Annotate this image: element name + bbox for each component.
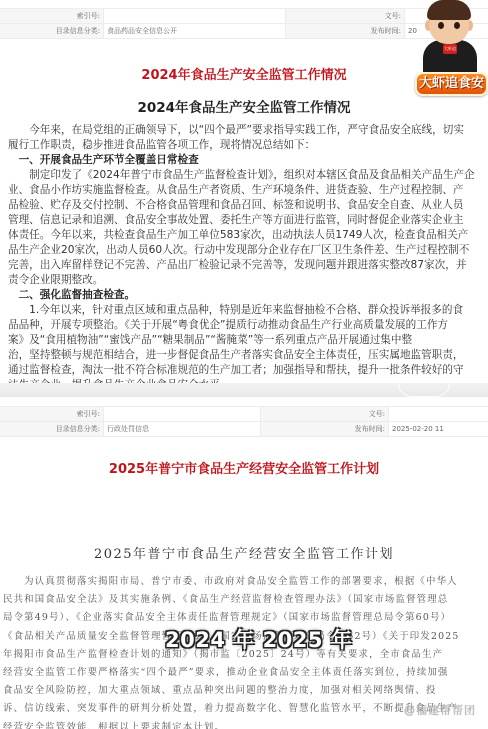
- index-label: 索引号:: [0, 9, 104, 23]
- mascot-banner: 大虾追食安: [415, 72, 488, 96]
- paragraph-line: 经营安全监管工作要严格落实“四个最严”要求，推动企业食品安全主体责任落实到位，持…: [3, 664, 488, 682]
- index-value: [104, 407, 261, 421]
- page-title-2025: 2025年普宁市食品生产经营安全监管工作计划: [0, 543, 488, 562]
- caption-overlay: 2024 年 2025 年: [165, 624, 352, 654]
- paragraph-line: 通过监督检查，淘汰一批不符合标准规范的生产加工者；加强指导和帮扶，提升一批条件较…: [8, 363, 488, 378]
- paragraph-line: 履行工作职责，稳步推进食品监管各项工作，现将情况总结如下：: [8, 138, 488, 153]
- docno-label: 文号:: [286, 9, 405, 23]
- category-value: 食品药品安全信息公开: [104, 24, 286, 38]
- paragraph-line: 民共和国食品安全法》及其实施条例、《食品生产经营监督检查管理办法》（国家市场监督…: [3, 591, 488, 609]
- paragraph-line: 品检验、贮存及交付控制、不合格食品管理和食品召回、标签和说明书、食品安全自查、从…: [8, 198, 488, 213]
- metadata-table-2025: 索引号: 文号: 目录信息分类: 行政处罚信息 发布时间: 2025-02-20…: [0, 406, 488, 437]
- category-value: 行政处罚信息: [104, 422, 261, 436]
- paragraph-line: 案》及“食用植物油”“蜜饯产品”“糖果制品”“酱腌菜”等一系列重点产品开展通过集…: [8, 333, 488, 348]
- paragraph-line: 食品安全风险防控，加大重点领域、重点品种突出问题的整治力度，加强对相关网络舆情、…: [3, 682, 488, 700]
- paragraph-line: 体责任。今年以来，共检查食品生产加工单位583家次，出动执法人员1749人次，检…: [8, 228, 488, 243]
- date-label: 发布时间:: [261, 422, 389, 436]
- red-headline-2025: 2025年普宁市食品生产经营安全监管工作计划: [0, 458, 488, 477]
- paragraph-line: 完善，出入库留样登记不完善、产品出厂检验记录不完善等，发现问题并跟进落实整改87…: [8, 258, 488, 273]
- date-label: 发布时间:: [286, 24, 405, 38]
- paragraph-line: 1.今年以来，针对重点区域和重点品种，特别是近年来监督抽检不合格、群众投诉举报多…: [8, 303, 488, 318]
- metadata-row: 目录信息分类: 行政处罚信息 发布时间: 2025-02-20 11: [0, 422, 488, 437]
- microphone-icon: 大虾追: [443, 44, 457, 54]
- index-label: 索引号:: [0, 407, 104, 421]
- paragraph-line: 责令企业限期整改。: [8, 273, 488, 288]
- docno-label: 文号:: [261, 407, 389, 421]
- paragraph-line: 管理、信息记录和追溯、食品安全事故处置、委托生产等方面进行监管，同时督促企业落实…: [8, 213, 488, 228]
- metadata-row: 索引号: 文号:: [0, 407, 488, 422]
- watermark: @福建帮帮团: [404, 702, 476, 718]
- paragraph-line: 今年来，在局党组的正确领导下，以“四个最严”要求指导实践工作，严守食品安全底线，…: [8, 123, 488, 138]
- section-heading: 二、强化监督抽查检查。: [8, 288, 488, 303]
- mascot-hair: [427, 0, 471, 20]
- emblem-icon: [398, 383, 450, 397]
- mascot-eye-icon: [438, 22, 444, 29]
- mascot-eye-icon: [454, 22, 460, 29]
- paragraph-line: 品品种，开展专项整治。《关于开展“粤食优企”提质行动推动食品生产行业高质量发展的…: [8, 318, 488, 333]
- index-value: [104, 9, 286, 23]
- paragraph-line: 经营安全监管效能，根据以上要求制定本计划。: [3, 719, 488, 729]
- docno-value: [389, 407, 488, 421]
- paragraph-line: 制定印发了《2024年普宁市食品生产监督检查计划》，组织对本辖区食品及食品相关产…: [8, 168, 488, 183]
- paragraph-line: 治，坚持整顿与规范相结合，进一步督促食品生产者落实食品安全主体责任，压实属地监管…: [8, 348, 488, 363]
- report-body-2024: 今年来，在局党组的正确领导下，以“四个最严”要求指导实践工作，严守食品安全底线，…: [8, 123, 488, 393]
- category-label: 目录信息分类:: [0, 422, 104, 436]
- date-value: 2025-02-20 11: [389, 422, 488, 436]
- mascot-avatar: 大虾追 大虾追食安: [415, 0, 488, 100]
- section-heading: 一、开展食品生产环节全覆盖日常检查: [8, 153, 488, 168]
- paragraph-line: 品生产企业20家次，出动人员60人次。行动中发现部分企业存在厂区卫生条件差、生产…: [8, 243, 488, 258]
- category-label: 目录信息分类:: [0, 24, 104, 38]
- section-divider: [0, 383, 488, 397]
- paragraph-line: 业、食品小作坊实施监督检查。从食品生产者资质、生产环境条件、进货查验、生产过程控…: [8, 183, 488, 198]
- paragraph-line: 为认真贯彻落实揭阳市局、普宁市委、市政府对食品安全监管工作的部署要求，根据《中华…: [3, 573, 488, 591]
